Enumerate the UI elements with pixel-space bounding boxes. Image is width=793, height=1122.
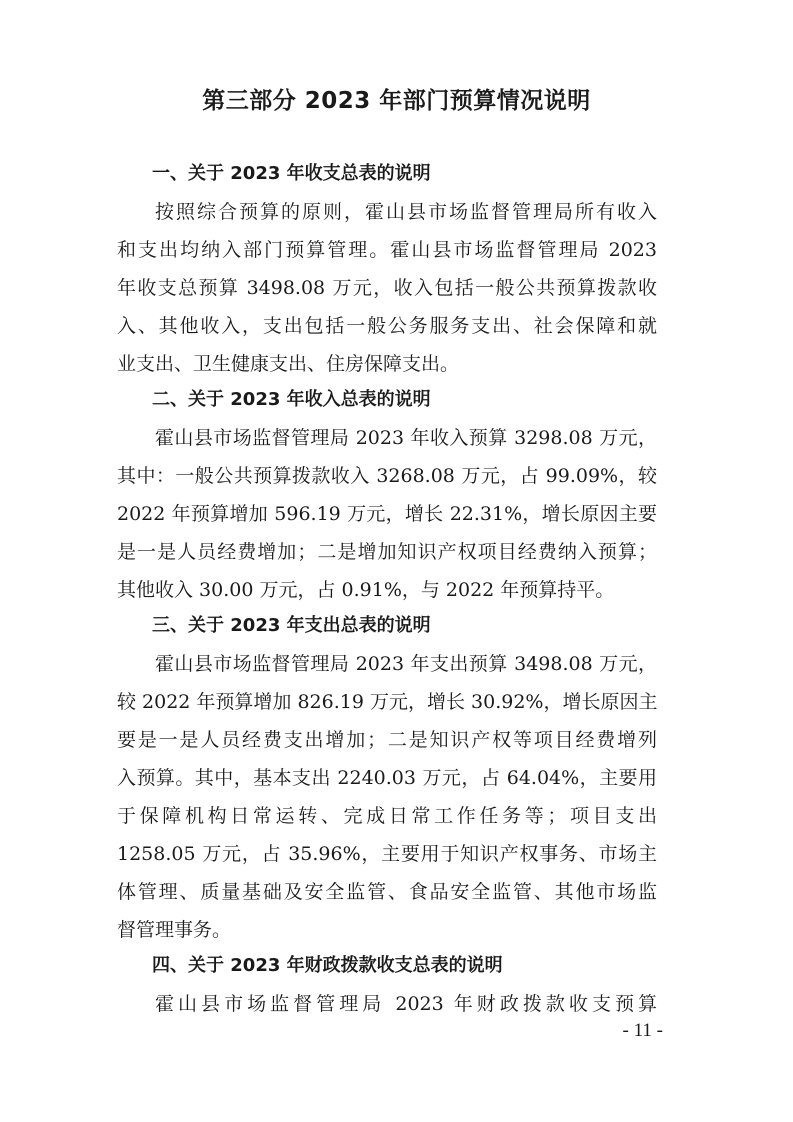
paragraph-line: 体管理、质量基础及安全监管、食品安全监管、其他市场监 <box>117 880 657 904</box>
paragraph-line: 于保障机构日常运转、完成日常工作任务等；项目支出 <box>117 804 657 828</box>
paragraph-line: 业支出、卫生健康支出、住房保障支出。 <box>117 352 657 376</box>
section-heading-4: 四、关于 2023 年财政拨款收支总表的说明 <box>152 954 503 978</box>
paragraph-line: 督管理事务。 <box>117 918 657 942</box>
paragraph-line: 其中：一般公共预算拨款收入 3268.08 万元，占 99.09%，较 <box>117 464 657 488</box>
section-heading-3: 三、关于 2023 年支出总表的说明 <box>152 614 431 638</box>
paragraph-line: 入预算。其中，基本支出 2240.03 万元，占 64.04%，主要用 <box>117 766 657 790</box>
paragraph-line: 是一是人员经费增加；二是增加知识产权项目经费纳入预算； <box>117 540 657 564</box>
paragraph-line: 按照综合预算的原则，霍山县市场监督管理局所有收入 <box>155 200 657 224</box>
paragraph-line: 2022 年预算增加 596.19 万元，增长 22.31%，增长原因主要 <box>117 502 657 526</box>
page-number: - 11 - <box>623 1020 663 1042</box>
paragraph-line: 霍山县市场监督管理局 2023 年收入预算 3298.08 万元， <box>155 426 657 450</box>
section-heading-2: 二、关于 2023 年收入总表的说明 <box>152 388 431 412</box>
page-title: 第三部分 2023 年部门预算情况说明 <box>0 82 793 115</box>
paragraph-line: 要是一是人员经费支出增加；二是知识产权等项目经费增列 <box>117 728 657 752</box>
paragraph-line: 和支出均纳入部门预算管理。霍山县市场监督管理局 2023 <box>117 238 657 262</box>
paragraph-line: 较 2022 年预算增加 826.19 万元，增长 30.92%，增长原因主 <box>117 690 657 714</box>
paragraph-line: 霍山县市场监督管理局 2023 年财政拨款收支预算 <box>155 992 657 1016</box>
paragraph-line: 入、其他收入，支出包括一般公务服务支出、社会保障和就 <box>117 314 657 338</box>
paragraph-line: 1258.05 万元，占 35.96%，主要用于知识产权事务、市场主 <box>117 842 657 866</box>
paragraph-line: 其他收入 30.00 万元，占 0.91%，与 2022 年预算持平。 <box>117 578 657 602</box>
paragraph-line: 霍山县市场监督管理局 2023 年支出预算 3498.08 万元， <box>155 652 657 676</box>
section-heading-1: 一、关于 2023 年收支总表的说明 <box>152 162 431 186</box>
paragraph-line: 年收支总预算 3498.08 万元，收入包括一般公共预算拨款收 <box>117 276 657 300</box>
